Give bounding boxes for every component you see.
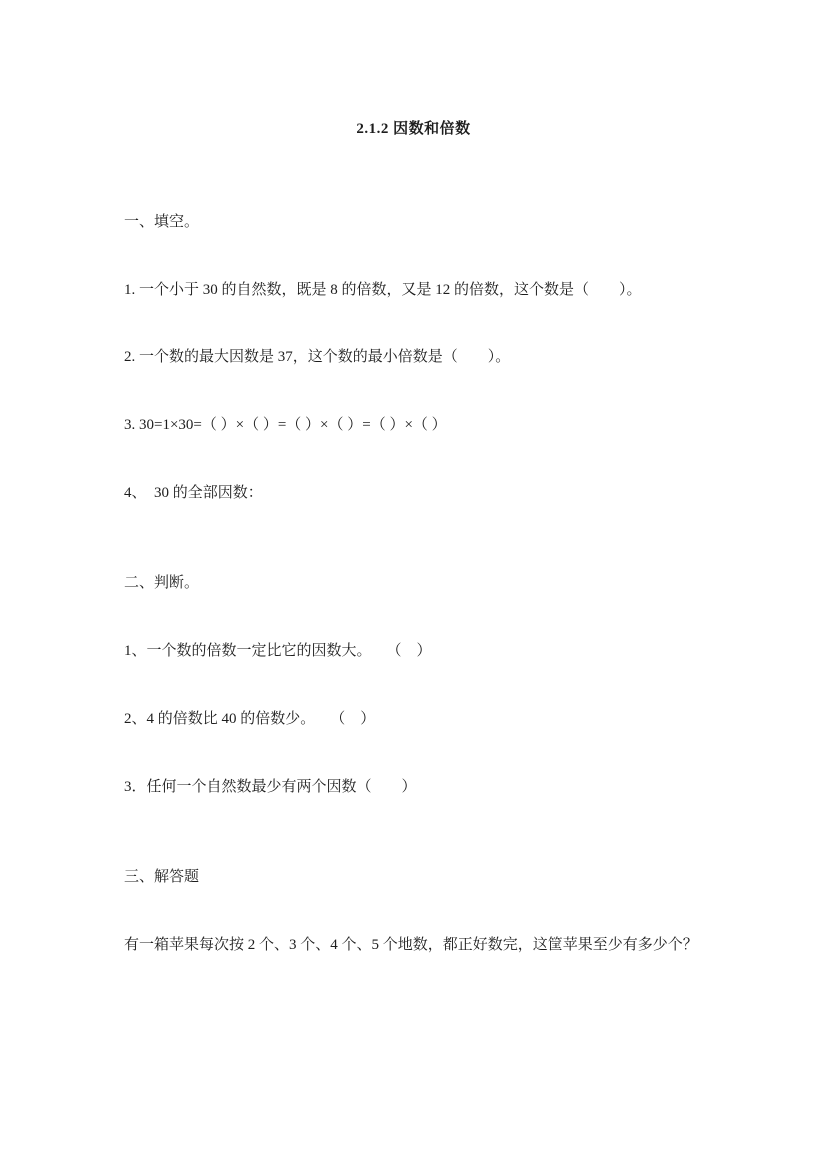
worksheet-body: 一、填空。 1. 一个小于 30 的自然数，既是 8 的倍数，又是 12 的倍数… (124, 143, 742, 1024)
section-judgement-heading: 二、判断。 (124, 572, 742, 595)
judgement-question-1: 1、一个数的倍数一定比它的因数大。 （ ） (124, 640, 742, 663)
fill-in-question-2: 2. 一个数的最大因数是 37，这个数的最小倍数是（ ）。 (124, 346, 742, 369)
worksheet-title: 2.1.2 因数和倍数 (0, 0, 827, 141)
fill-in-question-4: 4、 30 的全部因数： (124, 482, 742, 505)
solve-question-1: 有一箱苹果每次按 2 个、3 个、4 个、5 个地数，都正好数完，这筐苹果至少有… (124, 934, 742, 957)
judgement-question-3: 3．任何一个自然数最少有两个因数（ ） (124, 776, 742, 799)
judgement-question-2: 2、4 的倍数比 40 的倍数少。 （ ） (124, 708, 742, 731)
section-solve-heading: 三、解答题 (124, 866, 742, 889)
worksheet-page: 2.1.2 因数和倍数 一、填空。 1. 一个小于 30 的自然数，既是 8 的… (0, 0, 827, 1169)
fill-in-question-1: 1. 一个小于 30 的自然数，既是 8 的倍数，又是 12 的倍数，这个数是（… (124, 279, 742, 302)
fill-in-question-3: 3. 30=1×30=（ ）×（ ）=（ ）×（ ）=（ ）×（ ） (124, 414, 742, 437)
section-fill-in-heading: 一、填空。 (124, 211, 742, 234)
